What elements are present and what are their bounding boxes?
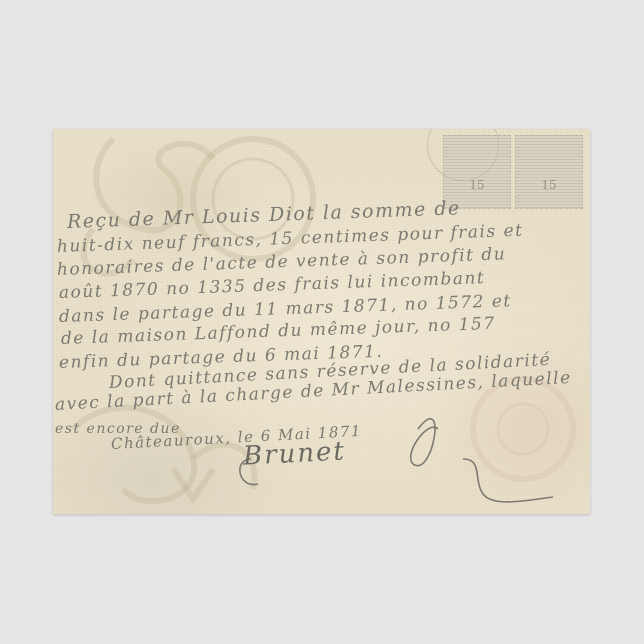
- product-mockup-stage: 15 15 Reçu de Mr Louis Diot la somme de …: [0, 0, 644, 644]
- vintage-handwritten-card: 15 15 Reçu de Mr Louis Diot la somme de …: [53, 129, 590, 514]
- signature-flourish-icon: [53, 129, 590, 514]
